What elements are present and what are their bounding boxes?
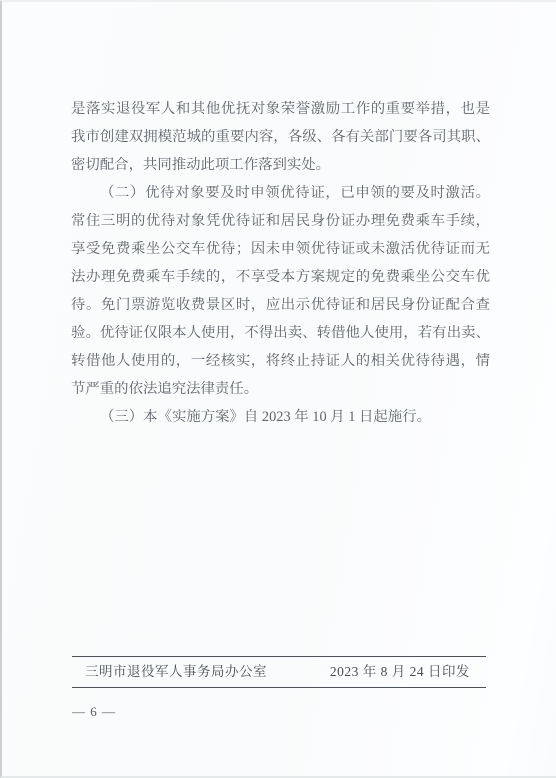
body-text-line: 节严重的依法追究法律责任。 — [71, 375, 490, 403]
document-body: 是落实退役军人和其他优抚对象荣誉激励工作的重要举措，也是 我市创建双拥模范城的重… — [71, 95, 490, 431]
body-text-line: 待。免门票游览收费景区时，应出示优待证和居民身份证配合查 — [71, 291, 490, 319]
body-text-line: （二）优待对象要及时申领优待证，已申领的要及时激活。 — [71, 179, 490, 207]
body-text-line: 享受免费乘坐公交车优待；因未申领优待证或未激活优待证而无 — [71, 235, 490, 263]
footer-rule-bottom — [72, 687, 486, 688]
footer-issuing-office: 三明市退役军人事务局办公室 — [85, 661, 267, 683]
body-text-line: 密切配合，共同推动此项工作落到实处。 — [71, 151, 490, 179]
body-text-line: 我市创建双拥模范城的重要内容，各级、各有关部门要各司其职、 — [71, 123, 490, 151]
body-text-line: 是落实退役军人和其他优抚对象荣誉激励工作的重要举措，也是 — [71, 95, 490, 123]
footer-rule-top — [72, 656, 486, 657]
body-text-line: 验。优待证仅限本人使用，不得出卖、转借他人使用，若有出卖、 — [71, 319, 490, 347]
body-text-line: （三）本《实施方案》自 2023 年 10 月 1 日起施行。 — [71, 403, 490, 431]
footer-print-date: 2023 年 8 月 24 日印发 — [330, 661, 470, 683]
page-number: — 6 — — [72, 704, 116, 720]
scanned-document-page: 是落实退役军人和其他优抚对象荣誉激励工作的重要举措，也是 我市创建双拥模范城的重… — [0, 0, 556, 778]
body-text-line: 转借他人使用的，一经核实，将终止持证人的相关优待待遇，情 — [71, 347, 490, 375]
body-text-line: 法办理免费乘车手续的，不享受本方案规定的免费乘坐公交车优 — [71, 263, 490, 291]
footer: 三明市退役军人事务局办公室 2023 年 8 月 24 日印发 — [72, 661, 486, 683]
body-text-line: 常住三明的优待对象凭优待证和居民身份证办理免费乘车手续， — [71, 207, 490, 235]
